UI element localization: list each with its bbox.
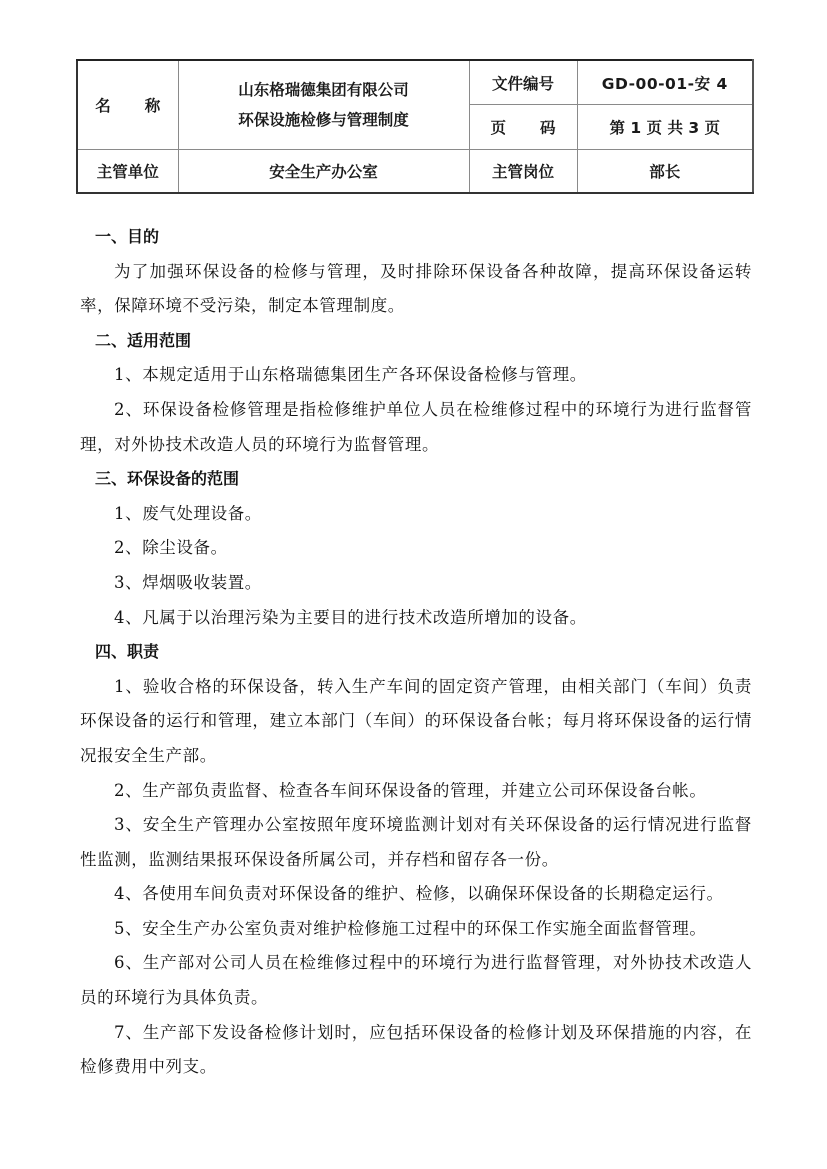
post-label-cell: 主管岗位 (469, 150, 577, 194)
list-item: 3、焊烟吸收装置。 (80, 566, 752, 601)
section-heading-scope: 二、适用范围 (80, 324, 752, 359)
section-heading-purpose: 一、目的 (80, 220, 752, 255)
list-item: 5、安全生产办公室负责对维护检修施工过程中的环保工作实施全面监督管理。 (80, 912, 752, 947)
company-name: 山东格瑞德集团有限公司 (179, 75, 469, 105)
post-value: 部长 (649, 163, 680, 181)
paragraph: 1、本规定适用于山东格瑞德集团生产各环保设备检修与管理。 (80, 358, 752, 393)
paragraph: 2、环保设备检修管理是指检修维护单位人员在检维修过程中的环境行为进行监督管理，对… (80, 393, 752, 462)
file-no-label-cell: 文件编号 (469, 60, 577, 105)
document-body: 一、目的 为了加强环保设备的检修与管理，及时排除环保设备各种故障，提高环保设备运… (80, 220, 752, 1085)
list-item: 1、废气处理设备。 (80, 497, 752, 532)
document-header-table: 名称 山东格瑞德集团有限公司 环保设施检修与管理制度 文件编号 GD-00-01… (76, 59, 754, 194)
list-item: 7、生产部下发设备检修计划时，应包括环保设备的检修计划及环保措施的内容，在检修费… (80, 1016, 752, 1085)
dept-value-cell: 安全生产办公室 (178, 150, 469, 194)
list-item: 2、生产部负责监督、检查各车间环保设备的管理，并建立公司环保设备台帐。 (80, 774, 752, 809)
page-label-cell: 页码 (469, 105, 577, 150)
list-item: 4、各使用车间负责对环保设备的维护、检修，以确保环保设备的长期稳定运行。 (80, 877, 752, 912)
page-label: 页码 (490, 119, 589, 137)
section-heading-equipment-range: 三、环保设备的范围 (80, 462, 752, 497)
paragraph: 为了加强环保设备的检修与管理，及时排除环保设备各种故障，提高环保设备运转率，保障… (80, 255, 752, 324)
list-item: 4、凡属于以治理污染为主要目的进行技术改造所增加的设备。 (80, 601, 752, 636)
list-item: 3、安全生产管理办公室按照年度环境监测计划对有关环保设备的运行情况进行监督性监测… (80, 808, 752, 877)
file-no-value-cell: GD-00-01-安 4 (577, 60, 753, 105)
document-title: 环保设施检修与管理制度 (179, 105, 469, 135)
page-value: 第 1 页 共 3 页 (609, 119, 720, 137)
name-label-cell: 名称 (77, 60, 178, 150)
list-item: 2、除尘设备。 (80, 531, 752, 566)
post-value-cell: 部长 (577, 150, 753, 194)
list-item: 6、生产部对公司人员在检维修过程中的环境行为进行监督管理，对外协技术改造人员的环… (80, 946, 752, 1015)
file-no-value: GD-00-01-安 4 (602, 75, 728, 93)
post-label: 主管岗位 (492, 163, 554, 181)
dept-label: 主管单位 (97, 163, 159, 181)
file-no-label: 文件编号 (492, 75, 554, 93)
list-item: 1、验收合格的环保设备，转入生产车间的固定资产管理，由相关部门（车间）负责环保设… (80, 670, 752, 774)
section-heading-responsibilities: 四、职责 (80, 635, 752, 670)
dept-label-cell: 主管单位 (77, 150, 178, 194)
dept-value: 安全生产办公室 (269, 163, 378, 181)
name-label: 名称 (95, 97, 194, 115)
page-value-cell: 第 1 页 共 3 页 (577, 105, 753, 150)
title-cell: 山东格瑞德集团有限公司 环保设施检修与管理制度 (178, 60, 469, 150)
